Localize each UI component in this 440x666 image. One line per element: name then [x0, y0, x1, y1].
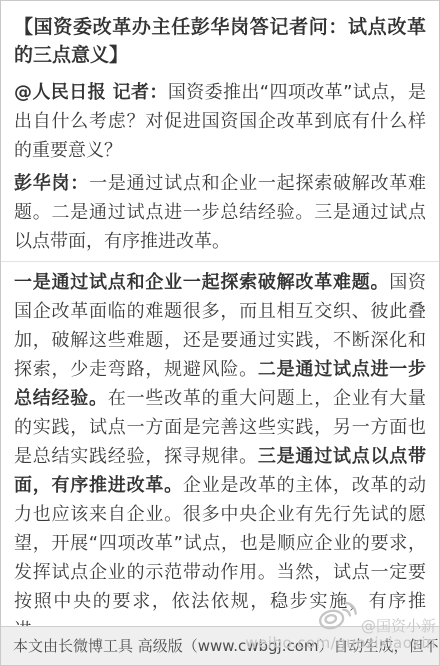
point1-lead: 一是通过试点和企业一起探索破解改革难题。 — [14, 272, 389, 293]
watermark-handle: @国资小新 — [361, 618, 436, 635]
weibo-logo-icon — [315, 598, 359, 635]
answer-detail-paragraph: 一是通过试点和企业一起探索破解改革难题。国资国企改革面临的难题很多，而且相互交织… — [14, 268, 426, 645]
section-separator — [1, 261, 439, 262]
post-title: 【国资委改革办主任彭华岗答记者问：试点改革的三点意义】 — [14, 13, 426, 69]
answer-summary-paragraph: 彭华岗：一是通过试点和企业一起探索破解改革难题。二是通过试点进一步总结经验。三是… — [14, 169, 426, 256]
post-content: 【国资委改革办主任彭华岗答记者问：试点改革的三点意义】 @人民日报 记者：国资委… — [1, 1, 439, 645]
long-weibo-page: 【国资委改革办主任彭华岗答记者问：试点改革的三点意义】 @人民日报 记者：国资委… — [0, 0, 440, 666]
question-paragraph: @人民日报 记者：国资委推出“四项改革”试点，是出自什么考虑？对促进国资国企改革… — [14, 78, 426, 165]
answer-speaker-label: 彭华岗： — [14, 173, 89, 194]
weibo-watermark: @国资小新 weibo.com/guozixiaoxin — [245, 598, 436, 652]
watermark-url: weibo.com/guozixiaoxin — [245, 635, 436, 652]
question-speaker-label: @人民日报 记者： — [14, 82, 168, 103]
